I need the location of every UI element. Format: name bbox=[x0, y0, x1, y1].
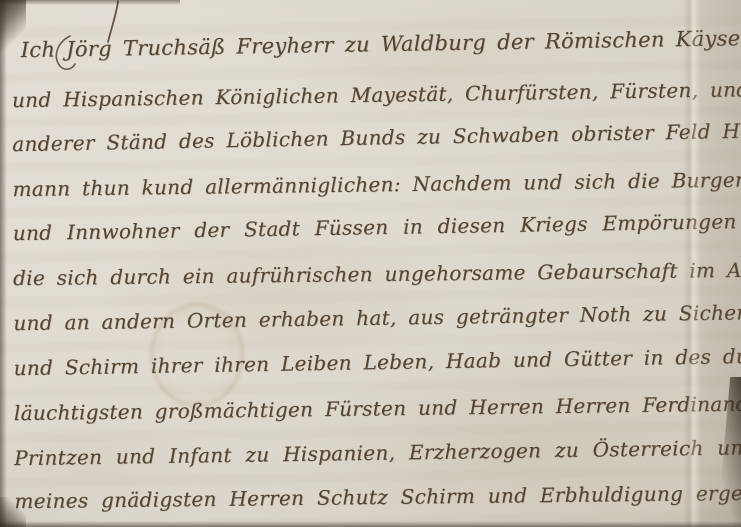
manuscript-line: und Innwohner der Stadt Füssen in diesen… bbox=[13, 204, 737, 250]
manuscript-text: Ich Jörg Truchsäß Freyherr zu Waldburg d… bbox=[0, 0, 741, 527]
manuscript-line: und an andern Orten erhaben hat, aus get… bbox=[13, 295, 741, 340]
manuscript-line: und Hispanischen Königlichen Mayestät, C… bbox=[12, 72, 741, 117]
manuscript-photo: Ich Jörg Truchsäß Freyherr zu Waldburg d… bbox=[0, 0, 741, 527]
manuscript-line: anderer Ständ des Löblichen Bunds zu Sch… bbox=[12, 113, 741, 162]
manuscript-line: meines gnädigsten Herren Schutz Schirm u… bbox=[14, 475, 741, 518]
manuscript-line: läuchtigsten großmächtigen Fürsten und H… bbox=[14, 386, 741, 430]
manuscript-line: mann thun kund allermänniglichen: Nachde… bbox=[12, 162, 741, 206]
manuscript-line: die sich durch ein aufrührischen ungehor… bbox=[13, 252, 741, 295]
manuscript-line: Printzen und Infant zu Hispanien, Erzher… bbox=[14, 430, 741, 475]
manuscript-line: und Schirm ihrer ihren Leiben Leben, Haa… bbox=[13, 338, 741, 385]
manuscript-line: Ich Jörg Truchsäß Freyherr zu Waldburg d… bbox=[20, 20, 741, 67]
